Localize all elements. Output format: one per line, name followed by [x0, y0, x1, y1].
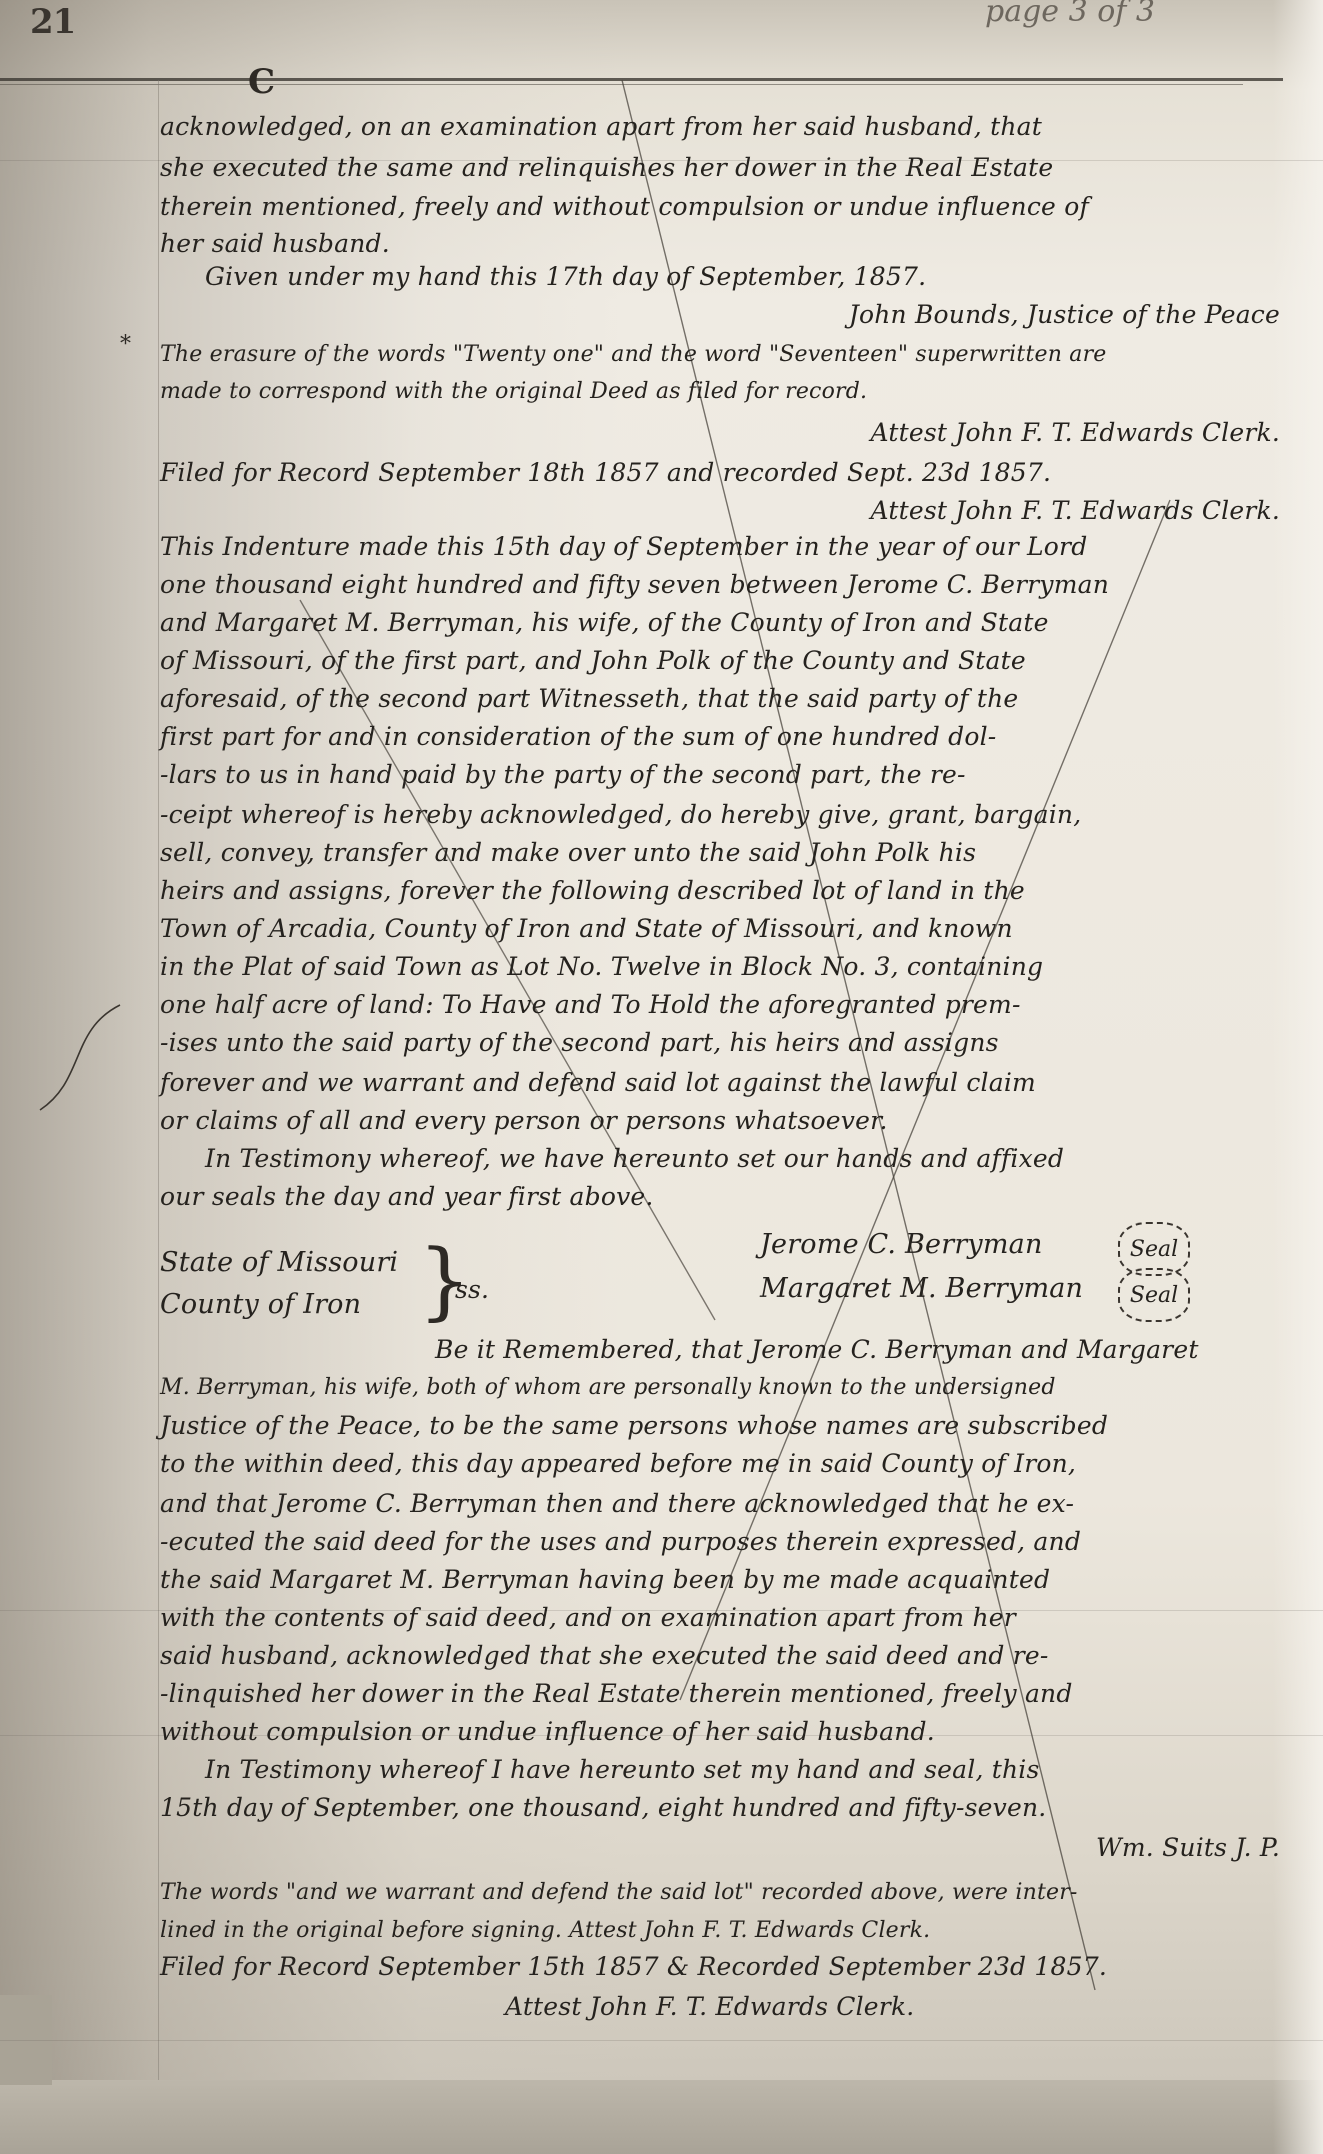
- text-line: her said husband.: [160, 229, 1280, 259]
- text-line: therein mentioned, freely and without co…: [160, 192, 1280, 222]
- closing-line: lined in the original before signing. At…: [160, 1916, 1280, 1946]
- indenture-line: This Indenture made this 15th day of Sep…: [160, 532, 1280, 562]
- erasure-note: The erasure of the words "Twenty one" an…: [160, 340, 1280, 370]
- acknowledgment-line: and that Jerome C. Berryman then and the…: [160, 1489, 1280, 1519]
- page-number: 21: [30, 2, 75, 42]
- acknowledgment-line: with the contents of said deed, and on e…: [160, 1603, 1280, 1633]
- indenture-line: one thousand eight hundred and fifty sev…: [160, 570, 1280, 600]
- closing-attest: Attest John F. T. Edwards Clerk.: [505, 1992, 1205, 2022]
- text-line: acknowledged, on an examination apart fr…: [160, 112, 1280, 142]
- filing-note: Filed for Record September 18th 1857 and…: [160, 458, 1280, 488]
- justice-signature: John Bounds, Justice of the Peace: [160, 300, 1300, 330]
- scan-bottom-band: [0, 2080, 1323, 2154]
- indenture-line: -ceipt whereof is hereby acknowledged, d…: [160, 800, 1280, 830]
- closing-line: Filed for Record September 15th 1857 & R…: [160, 1952, 1280, 1982]
- clerk-attest: Attest John F. T. Edwards Clerk.: [160, 496, 1310, 526]
- acknowledgment-line: Justice of the Peace, to be the same per…: [160, 1411, 1280, 1441]
- testimony-line: In Testimony whereof, we have hereunto s…: [205, 1144, 1323, 1174]
- left-margin-line: [158, 80, 159, 2080]
- header-rule-secondary: [0, 84, 1243, 85]
- indenture-line: or claims of all and every person or per…: [160, 1106, 1280, 1136]
- acknowledgment-line: said husband, acknowledged that she exec…: [160, 1641, 1280, 1671]
- justice-signature: Wm. Suits J. P.: [160, 1833, 1323, 1863]
- text-line: Given under my hand this 17th day of Sep…: [205, 262, 1323, 292]
- acknowledgment-line: to the within deed, this day appeared be…: [160, 1449, 1280, 1479]
- asterisk-mark: *: [120, 332, 131, 357]
- erasure-note: made to correspond with the original Dee…: [160, 377, 1280, 407]
- indenture-line: forever and we warrant and defend said l…: [160, 1068, 1280, 1098]
- ruled-line: [0, 2040, 1323, 2041]
- clerk-attest: Attest John F. T. Edwards Clerk.: [160, 418, 1310, 448]
- indenture-line: first part for and in consideration of t…: [160, 722, 1280, 752]
- signature-margaret: Margaret M. Berryman: [760, 1274, 1100, 1304]
- indenture-line: heirs and assigns, forever the following…: [160, 876, 1280, 906]
- header-rule: [0, 78, 1283, 81]
- signature-jerome: Jerome C. Berryman: [760, 1230, 1090, 1260]
- indenture-line: in the Plat of said Town as Lot No. Twel…: [160, 952, 1280, 982]
- acknowledgment-testimony: 15th day of September, one thousand, eig…: [160, 1793, 1280, 1823]
- seal-icon: Seal: [1118, 1268, 1190, 1322]
- acknowledgment-testimony: In Testimony whereof I have hereunto set…: [205, 1755, 1323, 1785]
- testimony-line: our seals the day and year first above.: [160, 1182, 1280, 1212]
- page-annotation: page 3 of 3: [985, 0, 1155, 29]
- indenture-line: one half acre of land: To Have and To Ho…: [160, 990, 1280, 1020]
- corner-mark: C: [248, 62, 275, 102]
- acknowledgment-line: M. Berryman, his wife, both of whom are …: [160, 1373, 1280, 1403]
- indenture-line: aforesaid, of the second part Witnesseth…: [160, 684, 1280, 714]
- indenture-line: -ises unto the said party of the second …: [160, 1028, 1280, 1058]
- indenture-line: of Missouri, of the first part, and John…: [160, 646, 1280, 676]
- indenture-line: sell, convey, transfer and make over unt…: [160, 838, 1280, 868]
- acknowledgment-line: Be it Remembered, that Jerome C. Berryma…: [435, 1335, 1280, 1365]
- indenture-line: and Margaret M. Berryman, his wife, of t…: [160, 608, 1280, 638]
- acknowledgment-line: without compulsion or undue influence of…: [160, 1717, 1280, 1747]
- acknowledgment-line: -ecuted the said deed for the uses and p…: [160, 1527, 1280, 1557]
- indenture-line: Town of Arcadia, County of Iron and Stat…: [160, 914, 1280, 944]
- text-line: she executed the same and relinquishes h…: [160, 153, 1280, 183]
- acknowledgment-line: -linquished her dower in the Real Estate…: [160, 1679, 1280, 1709]
- venue-state: State of Missouri: [160, 1248, 460, 1278]
- venue-ss: ss.: [455, 1275, 515, 1305]
- acknowledgment-line: the said Margaret M. Berryman having bee…: [160, 1565, 1280, 1595]
- document-page: 21 page 3 of 3 C * acknowledged, on an e…: [0, 0, 1323, 2154]
- closing-line: The words "and we warrant and defend the…: [160, 1878, 1280, 1908]
- indenture-line: -lars to us in hand paid by the party of…: [160, 760, 1280, 790]
- venue-county: County of Iron: [160, 1290, 460, 1320]
